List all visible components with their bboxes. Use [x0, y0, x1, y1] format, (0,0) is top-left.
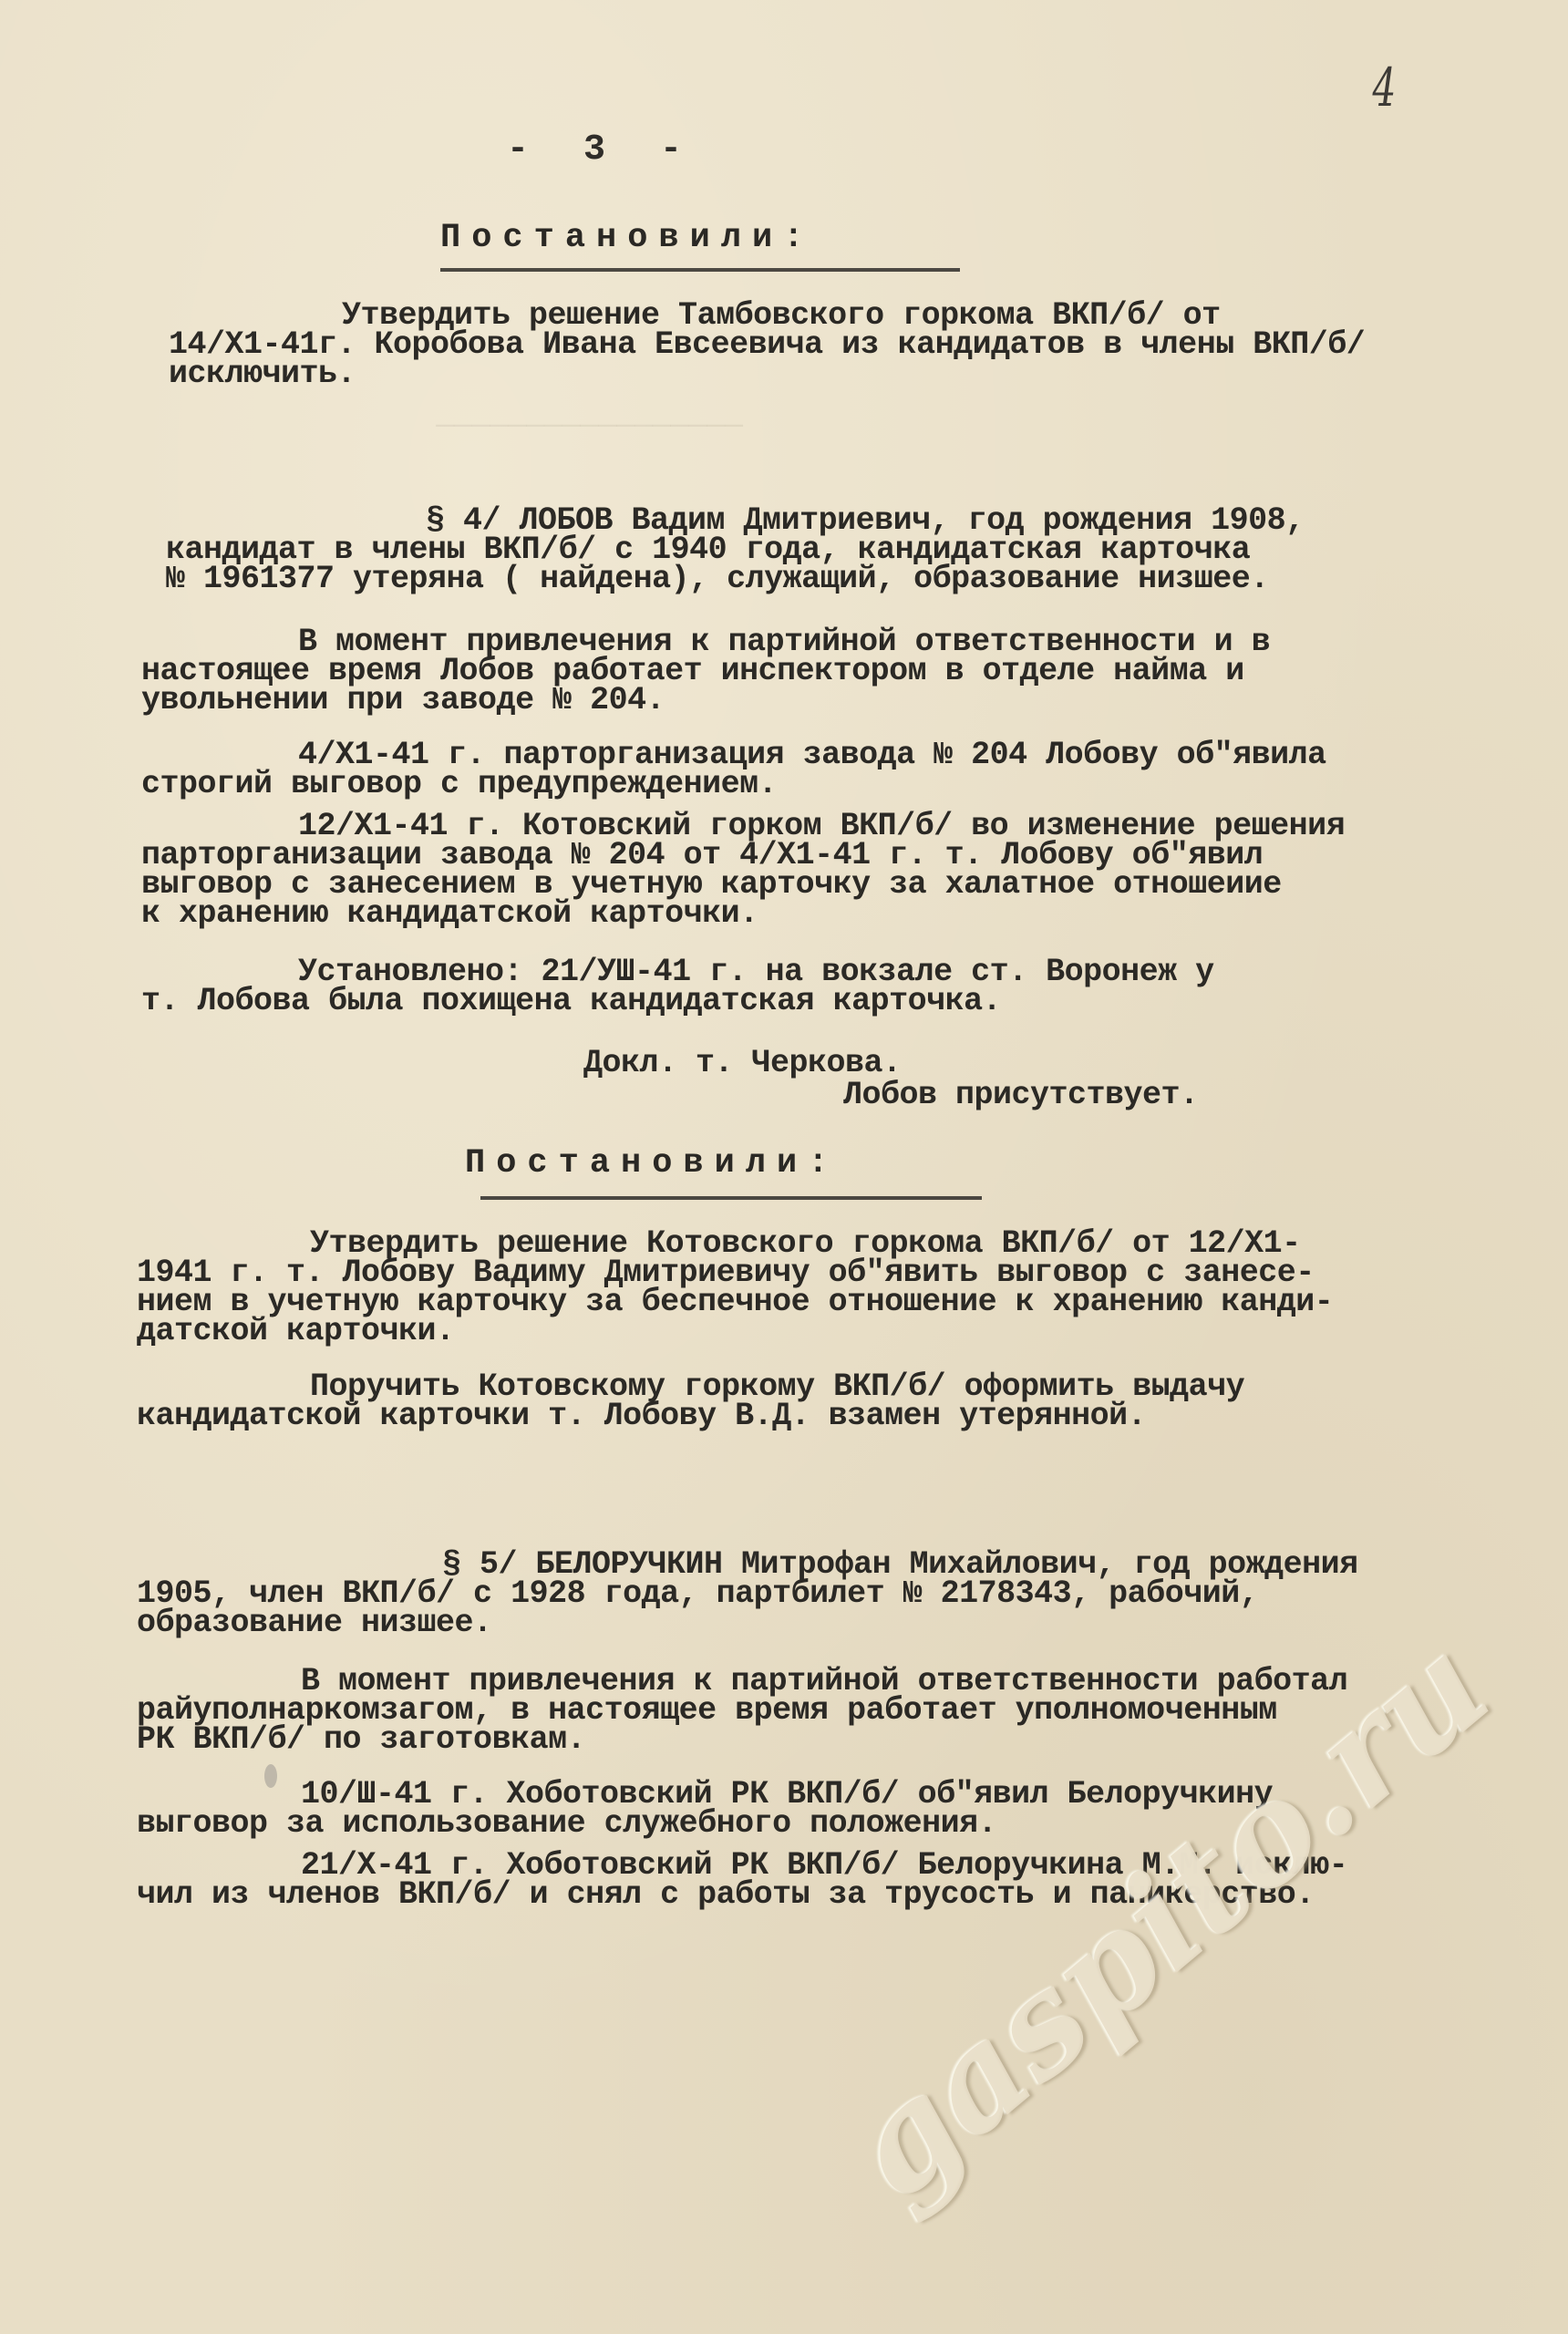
case-4-reporter: Докл. т. Черкова. — [583, 1048, 902, 1078]
line: к хранению кандидатской карточки. — [141, 895, 758, 932]
case-4-presence: Лобов присутствует. — [843, 1080, 1199, 1110]
case-4-detail-4: Установлено: 21/УШ-41 г. на вокзале ст. … — [141, 957, 1214, 1016]
case-4-detail-1: В момент привлечения к партийной ответст… — [141, 627, 1270, 715]
line: т. Лобова была похищена кандидатская кар… — [141, 983, 1001, 1019]
line: строгий выговор с предупреждением. — [141, 766, 777, 802]
line: образование низшее. — [137, 1605, 492, 1641]
line: РК ВКП/б/ по заготовкам. — [137, 1721, 585, 1758]
line: кандидатской карточки т. Лобову В.Д. вза… — [137, 1398, 1146, 1434]
case-5-detail-1: В момент привлечения к партийной ответст… — [137, 1667, 1347, 1754]
case-4-header: § 4/ ЛОБОВ Вадим Дмитриевич, год рождени… — [166, 506, 1305, 594]
case-4-detail-3: 12/Х1-41 г. Котовский горком ВКП/б/ во и… — [141, 811, 1345, 928]
heading-underline-2 — [480, 1196, 982, 1200]
case-4-detail-2: 4/Х1-41 г. парторганизация завода № 204 … — [141, 740, 1326, 799]
case-5-detail-2: 10/Ш-41 г. Хоботовский РК ВКП/б/ об"явил… — [137, 1780, 1273, 1838]
case-5-header: § 5/ БЕЛОРУЧКИН Митрофан Михайлович, год… — [137, 1550, 1358, 1637]
section-heading-resolved-1: Постановили: — [440, 219, 814, 257]
line: № 1961377 утеряна ( найдена), служащий, … — [166, 561, 1269, 597]
line: увольнении при заводе № 204. — [141, 682, 665, 718]
resolution-paragraph-1: Утвердить решение Тамбовского горкома ВК… — [169, 301, 1365, 388]
resolution-paragraph-3: Поручить Котовскому горкому ВКП/б/ оформ… — [137, 1372, 1244, 1430]
line: датской карточки. — [137, 1313, 455, 1349]
section-heading-resolved-2: Постановили: — [465, 1144, 839, 1182]
document-page: ───────────────── 4 - 3 - Постановили: У… — [0, 0, 1568, 2334]
line: выговор за использование служебного поло… — [137, 1805, 996, 1842]
heading-underline-1 — [440, 268, 960, 272]
page-number: - 3 - — [507, 129, 698, 170]
resolution-paragraph-2: Утвердить решение Котовского горкома ВКП… — [137, 1229, 1333, 1346]
folio-number: 4 — [1373, 57, 1397, 119]
line: исключить. — [169, 356, 356, 392]
